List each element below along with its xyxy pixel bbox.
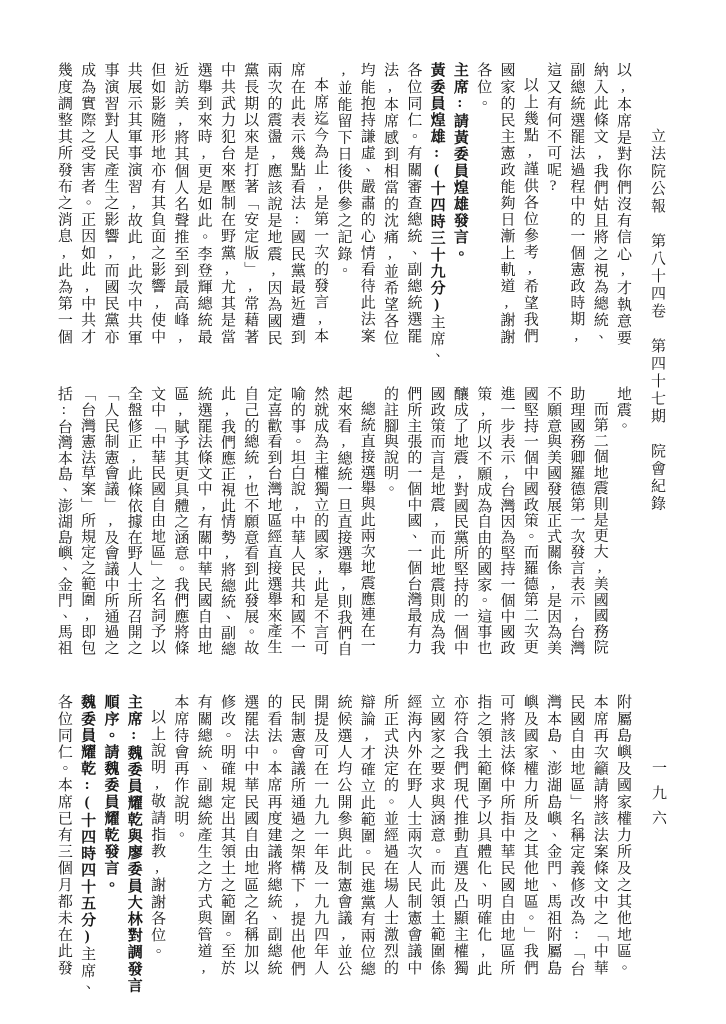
text-column: 起來看,總統一旦直接選舉,則我們自 <box>331 386 354 654</box>
text-column: 主席:魏委員耀乾與廖委員大林對調發言 <box>121 694 144 996</box>
text-band-middle: 地震。而第二個地震則是更大,美國國務院助理國務卿羅德第一次發言表示,台灣不願意與… <box>52 386 634 654</box>
text-column: 這又有何不可呢? <box>541 62 564 364</box>
text-column: 兩次的震盪,應該說是地震,因為國民 <box>261 62 284 364</box>
text-band-top: 以,本席是對你們沒有信心,才執意要納入此條文,我們姑且將之視為總統、副總統選罷法… <box>52 62 634 364</box>
text-column: 括:台灣本島、澎湖島嶼、金門、馬祖 <box>52 386 75 654</box>
text-column: 事演習對人民產生之影響,而國民黨亦 <box>98 62 121 364</box>
text-column: 的看法。本席再度建議將總統、副總統 <box>261 694 284 996</box>
text-column: 均能抱持謙虛、嚴肅的心情看待此法案 <box>354 62 377 364</box>
text-column: 亦符合我們現代推動直選及凸顯主權獨 <box>448 694 471 996</box>
text-column: 魏委員耀乾:(十四時四十五分)主席、 <box>75 694 98 996</box>
text-column: ,並能留下日後供參之記錄。 <box>331 62 354 364</box>
text-column: 助理國務卿羅德第一次發言表示,台灣 <box>564 386 587 654</box>
text-column: 但如影隨形地亦有其負面之影響,使中 <box>145 62 168 364</box>
text-column: 黨長期以來是打著「安定版」,常藉著 <box>238 62 261 364</box>
text-column: 成為實際之受害者。正因如此,中共才 <box>75 62 98 364</box>
text-column: 區,賦予其更具體之涵意。我們應將條 <box>168 386 191 654</box>
text-column: 席在此表示幾點看法:國民黨最近遭到 <box>285 62 308 364</box>
text-column: 本席迄今為止,是第一次的發言,本 <box>308 62 331 364</box>
text-column: 定喜歡看到台灣地區經直接選舉來產生 <box>261 386 284 654</box>
speaker-name: 黃委員煌雄:(十四時三十九分) <box>429 62 445 314</box>
text-column: 「台灣憲法草案」所規定之範圍,即包 <box>75 386 98 654</box>
text-column: 可將該法條中所指中華民國自由地區所 <box>494 694 517 996</box>
text-column: 不願意與美國發展正式關係,是因為美 <box>541 386 564 654</box>
text-column: 修改。明確規定出其領土之範圍。至於 <box>215 694 238 996</box>
text-column: 「人民制憲會議」,及會議中所通過之 <box>98 386 121 654</box>
text-column: 本席待會再作說明。 <box>168 694 191 996</box>
text-column: 共展示其軍事演習,故此,此次中共軍 <box>121 62 144 364</box>
text-column: 黃委員煌雄:(十四時三十九分)主席、 <box>424 62 447 364</box>
text-column: 有關總統、副總統產生之方式與管道, <box>191 694 214 996</box>
text-column: 各位同仁。本席已有三個月都未在此發 <box>52 694 75 996</box>
text-column: 副總統選罷法過程中的一個憲政時期, <box>564 62 587 364</box>
text-column: 指之領土範圍予以具體化、明確化,此 <box>471 694 494 996</box>
text-column: 立國家之要求與涵意。而此領土範圍係 <box>424 694 447 996</box>
text-column: 此,我們應正視此情勢,將總統、副總 <box>215 386 238 654</box>
text-column: 民國自由地區」名稱定義修改為:「台 <box>564 694 587 996</box>
text-column: 各位。 <box>471 62 494 364</box>
text-column: 統選罷法條文中,有關中華民國自由地 <box>191 386 214 654</box>
text-column: 近訪美,將其個人名聲推至到最高峰, <box>168 62 191 364</box>
text-column: 民制憲會議所通過之架構下,提出他們 <box>285 694 308 996</box>
speaker-name: 魏委員耀乾:(十四時四十五分) <box>79 694 95 946</box>
text-column: 全盤修正,此條依據在野人士所召開之 <box>121 386 144 654</box>
text-column: 選罷法中中華民國自由地區之名稱加以 <box>238 694 261 996</box>
text-column: 附屬島嶼及國家權力所及之其他地區。 <box>611 694 634 996</box>
text-column: 灣本島、澎湖島嶼、金門、馬祖附屬島 <box>541 694 564 996</box>
text-column: 自己的總統,也不願意看到此發展。故 <box>238 386 261 654</box>
text-column: 嶼及國家權力所及之其他地區。」我們 <box>518 694 541 996</box>
text-column: 選舉到來時,更是如此。李登輝總統最 <box>191 62 214 364</box>
text-column: 而第二個地震則是更大,美國國務院 <box>587 386 610 654</box>
text-column: 以上說明,敬請指教,謝謝各位。 <box>145 694 168 996</box>
text-column: 文中「中華民國自由地區」之名詞予以 <box>145 386 168 654</box>
text-column: 總統直接選舉與此兩次地震應連在一 <box>354 386 377 654</box>
text-column: 以上幾點,謹供各位參考,希望我們 <box>518 62 541 364</box>
gazette-header: 立法院公報 第八十四卷 第四十七期 院會紀錄 <box>647 128 668 513</box>
page-number: 一九六 <box>648 760 669 835</box>
text-column: 國堅持一個中國政策。而羅德第二次更 <box>518 386 541 654</box>
text-column: 地震。 <box>611 386 634 654</box>
text-column: 幾度調整其所發布之消息,此為第一個 <box>52 62 75 364</box>
text-column: 主席:請黃委員煌雄發言。 <box>448 62 471 364</box>
text-column: 們所主張的一個中國、一個台灣最有力 <box>401 386 424 654</box>
gazette-page: 立法院公報 第八十四卷 第四十七期 院會紀錄 一九六 以,本席是對你們沒有信心,… <box>0 0 726 1024</box>
text-column: 中共武力犯台來壓制在野黨,尤其是當 <box>215 62 238 364</box>
text-column: 納入此條文,我們姑且將之視為總統、 <box>587 62 610 364</box>
text-column: 法,本席感到相當的沈痛,並希望各位 <box>378 62 401 364</box>
text-column: 以,本席是對你們沒有信心,才執意要 <box>611 62 634 364</box>
text-column: 本席再次籲請將該法案條文中之「中華 <box>587 694 610 996</box>
text-column: 國家的民主憲政能夠日漸上軌道,謝謝 <box>494 62 517 364</box>
text-column: 開提及可在一九九一年及一九九四年人 <box>308 694 331 996</box>
text-band-bottom: 附屬島嶼及國家權力所及之其他地區。本席再次籲請將該法案條文中之「中華民國自由地區… <box>52 694 634 996</box>
text-column: 國政策而言是地震,而此地震則成為我 <box>424 386 447 654</box>
text-column: 各位同仁。有關審查總統、副總統選罷 <box>401 62 424 364</box>
text-column: 釀成了地震,對國民黨所堅持的一個中 <box>448 386 471 654</box>
text-column: 然就成為主權獨立的國家,此是不言可 <box>308 386 331 654</box>
text-column: 順序。請魏委員耀乾發言。 <box>98 694 121 996</box>
text-column: 的註腳與說明。 <box>378 386 401 654</box>
text-column: 統候選人均公開參與此制憲會議,並公 <box>331 694 354 996</box>
text-column: 進一步表示,台灣因為堅持一個中國政 <box>494 386 517 654</box>
text-column: 所正式決定的。並經過在場人士激烈的 <box>378 694 401 996</box>
text-column: 辯論,才確立此範圍。民進黨有兩位總 <box>354 694 377 996</box>
text-column: 喻的事。坦白說,中華人民共和國不一 <box>285 386 308 654</box>
text-column: 經海內外在野人士兩次人民制憲會議中 <box>401 694 424 996</box>
text-column: 策,所以不願成為自由的國家。這事也 <box>471 386 494 654</box>
